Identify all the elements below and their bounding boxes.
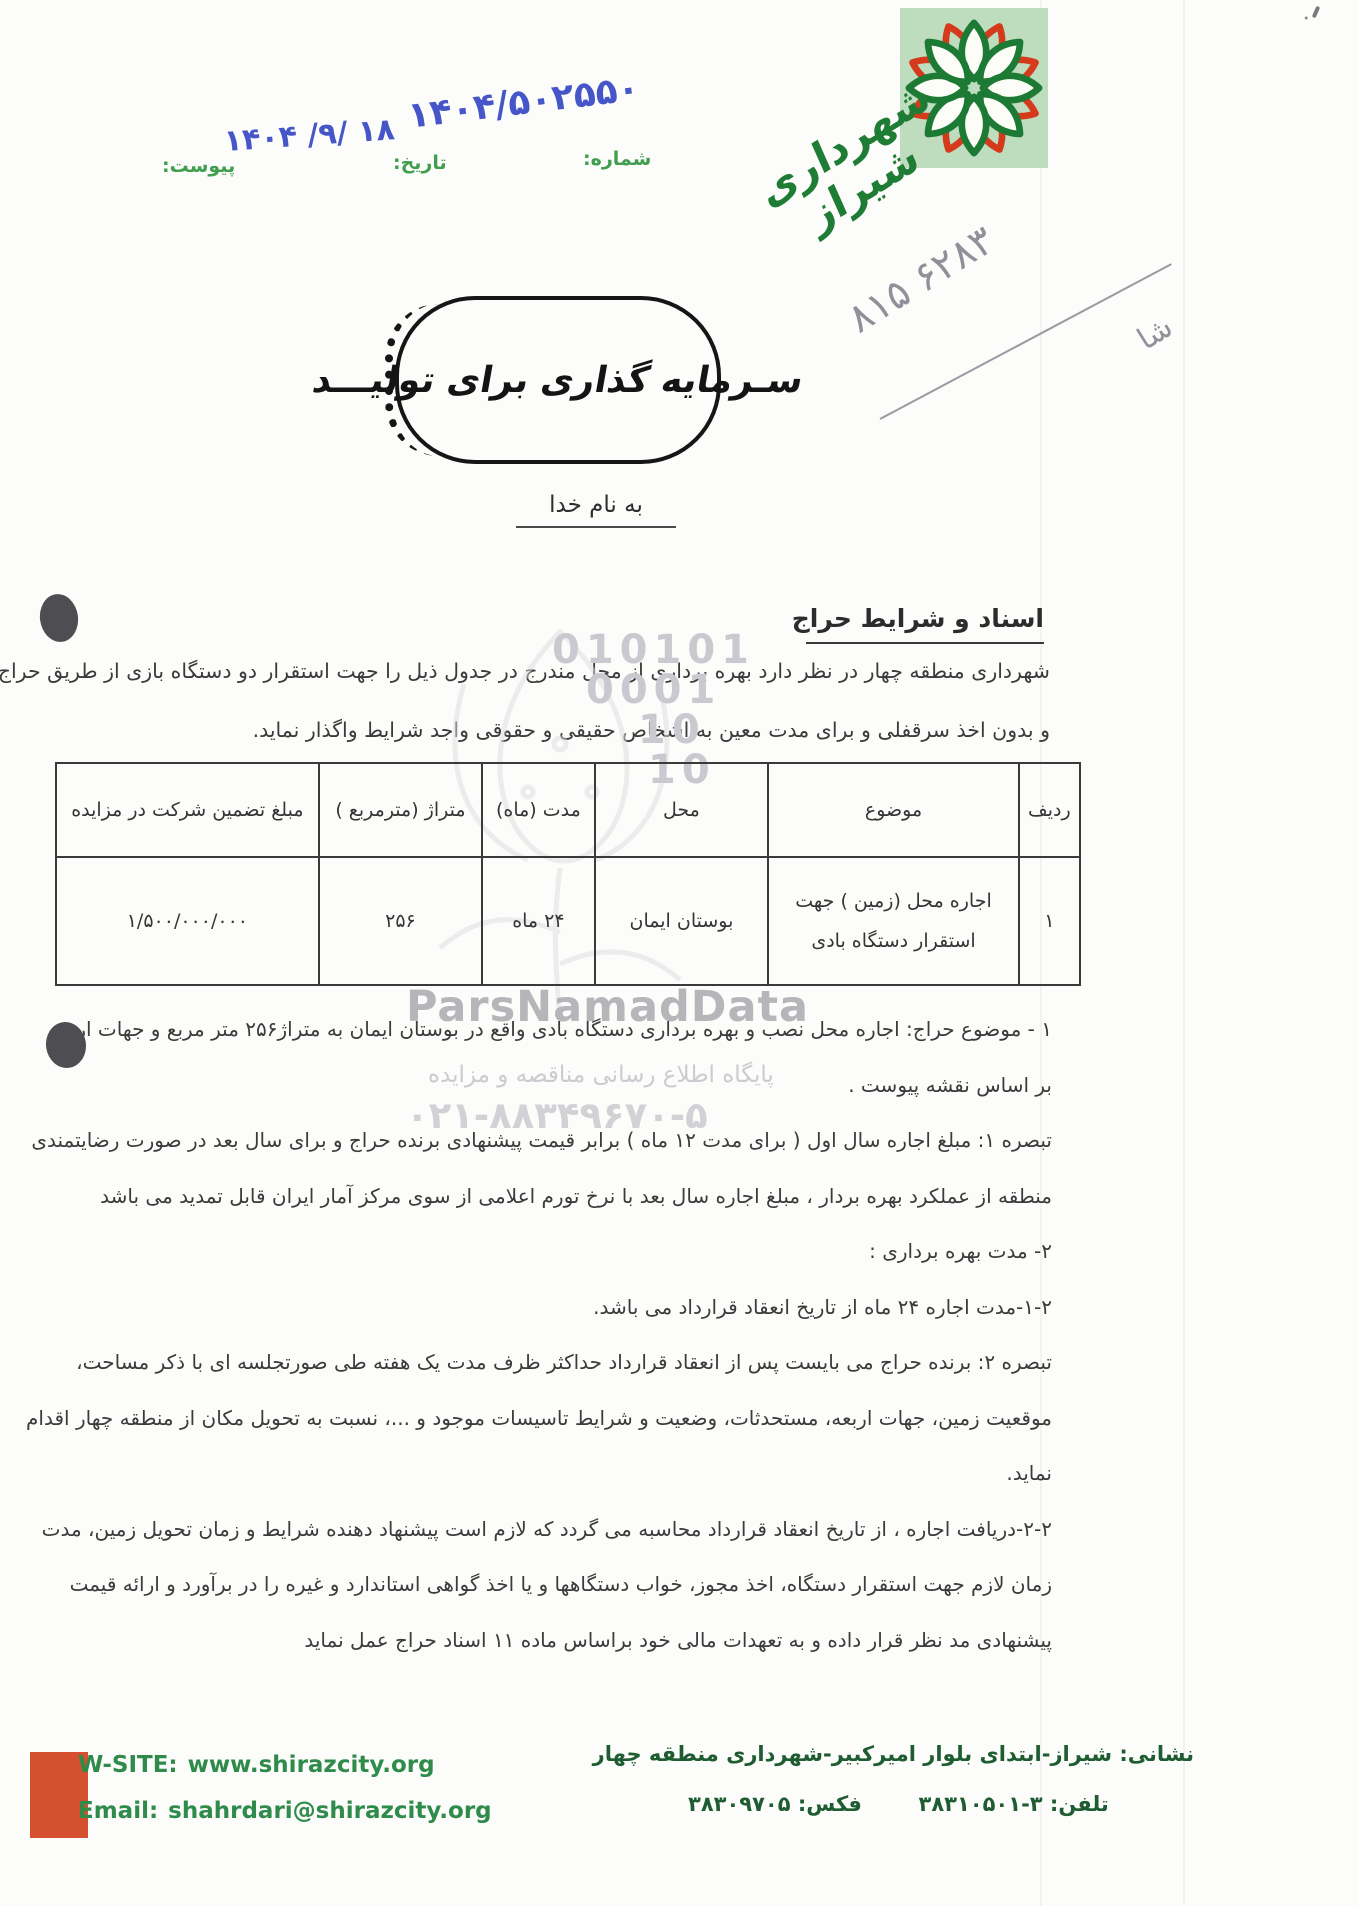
intro-paragraph: شهرداری منطقه چهار در نظر دارد بهره بردا…: [58, 642, 1050, 760]
bismillah: به نام خدا: [516, 492, 676, 528]
scan-fold-line: [1183, 0, 1185, 1906]
intro-line: و بدون اخذ سرقفلی و برای مدت معین به اشخ…: [58, 701, 1050, 760]
footer-email: Email:shahrdari@shirazcity.org: [78, 1798, 492, 1824]
handwritten-number: ۱۴۰۴/۵۰۲۵۵۰: [406, 68, 642, 137]
cell-location: بوستان ایمان: [594, 858, 768, 984]
number-label: شماره:: [583, 148, 651, 170]
body-line: تبصره ۲: برنده حراج می بایست پس از انعقا…: [58, 1335, 1052, 1391]
body-line: ۲‏-‏۲‏-دریافت اجاره ، از تاریخ انعقاد قر…: [58, 1502, 1052, 1558]
email-label: Email:: [78, 1798, 158, 1824]
attachment-label: پیوست:: [162, 155, 235, 177]
footer-phone-fax: تلفن: ۳۸۳۱۰۵۰۱-۳ فکس: ۳۸۳۰۹۷۰۵: [688, 1792, 1194, 1816]
table-header-row-number: ردیف: [1018, 764, 1079, 856]
table-header-row: ردیف موضوع محل مدت (ماه) متراژ (مترمربع …: [57, 764, 1079, 858]
cell-area: ۲۵۶: [318, 858, 482, 984]
website-label: W-SITE:: [78, 1752, 178, 1778]
fax-label: فکس:: [798, 1792, 862, 1816]
cell-row-number: ۱: [1018, 858, 1079, 984]
table-header-deposit: مبلغ تضمین شرکت در مزایده: [57, 764, 318, 856]
fax-value: ۳۸۳۰۹۷۰۵: [688, 1792, 791, 1816]
table-header-location: محل: [594, 764, 768, 856]
footer-website: W-SITE:www.shirazcity.org: [78, 1752, 435, 1778]
investment-stamp-text: سـرمایه گذاری برای تولیـــد: [309, 360, 806, 401]
intro-line: شهرداری منطقه چهار در نظر دارد بهره بردا…: [58, 642, 1050, 701]
auction-table: ردیف موضوع محل مدت (ماه) متراژ (مترمربع …: [55, 762, 1081, 986]
body-line: موقعیت زمین، جهات اربعه، مستحدثات، وضعیت…: [58, 1391, 1052, 1447]
body-line: تبصره ۱: مبلغ اجاره سال اول ( برای مدت ۱…: [58, 1113, 1052, 1169]
email-value: shahrdari@shirazcity.org: [168, 1798, 491, 1824]
cell-deposit: ۱/۵۰۰/۰۰۰/۰۰۰: [57, 858, 318, 984]
cell-subject: اجاره محل (زمین ) جهت استقرار دستگاه باد…: [767, 858, 1017, 984]
phone-value: ۳۸۳۱۰۵۰۱-۳: [919, 1792, 1043, 1816]
hole-punch-mark: [37, 592, 81, 645]
handwritten-date: ۱۴۰۴ /۹/ ۱۸: [223, 112, 396, 159]
body-line: منطقه از عملکرد بهره بردار ، مبلغ اجاره …: [58, 1169, 1052, 1225]
date-label: تاریخ:: [393, 152, 447, 174]
table-header-duration: مدت (ماه): [481, 764, 593, 856]
table-header-area: متراژ (مترمربع ): [318, 764, 482, 856]
investment-stamp: سـرمایه گذاری برای تولیـــد: [395, 296, 721, 464]
body-line: ۲‏- مدت بهره برداری :: [58, 1224, 1052, 1280]
table-row: ۱ اجاره محل (زمین ) جهت استقرار دستگاه ب…: [57, 858, 1079, 984]
footer-address: نشانی: شیراز-ابتدای بلوار امیرکبیر-شهردا…: [688, 1742, 1194, 1766]
body-line: زمان لازم جهت استقرار دستگاه، اخذ مجوز، …: [58, 1557, 1052, 1613]
scan-corner-mark: [1312, 6, 1321, 19]
body-line: نماید.: [58, 1446, 1052, 1502]
body-line: ۱ - موضوع حراج: اجاره محل نصب و بهره برد…: [58, 1002, 1052, 1058]
website-url: www.shirazcity.org: [188, 1752, 435, 1778]
body-line: پیشنهادی مد نظر قرار داده و به تعهدات ما…: [58, 1613, 1052, 1669]
page-title: اسناد و شرایط حراج: [806, 604, 1044, 644]
auction-terms-text: ۱ - موضوع حراج: اجاره محل نصب و بهره برد…: [58, 1002, 1052, 1668]
cell-duration: ۲۴ ماه: [481, 858, 593, 984]
scanned-document-page: شهرداری شیراز شماره: ۱۴۰۴/۵۰۲۵۵۰ تاریخ: …: [0, 0, 1358, 1906]
pencil-annotation-note: شا: [1131, 310, 1179, 358]
body-line: ۲‏-‏۱‏-مدت اجاره ۲۴ ماه از تاریخ انعقاد …: [58, 1280, 1052, 1336]
table-header-subject: موضوع: [767, 764, 1017, 856]
body-line: بر اساس نقشه پیوست .: [58, 1058, 1052, 1114]
phone-label: تلفن:: [1050, 1792, 1109, 1816]
